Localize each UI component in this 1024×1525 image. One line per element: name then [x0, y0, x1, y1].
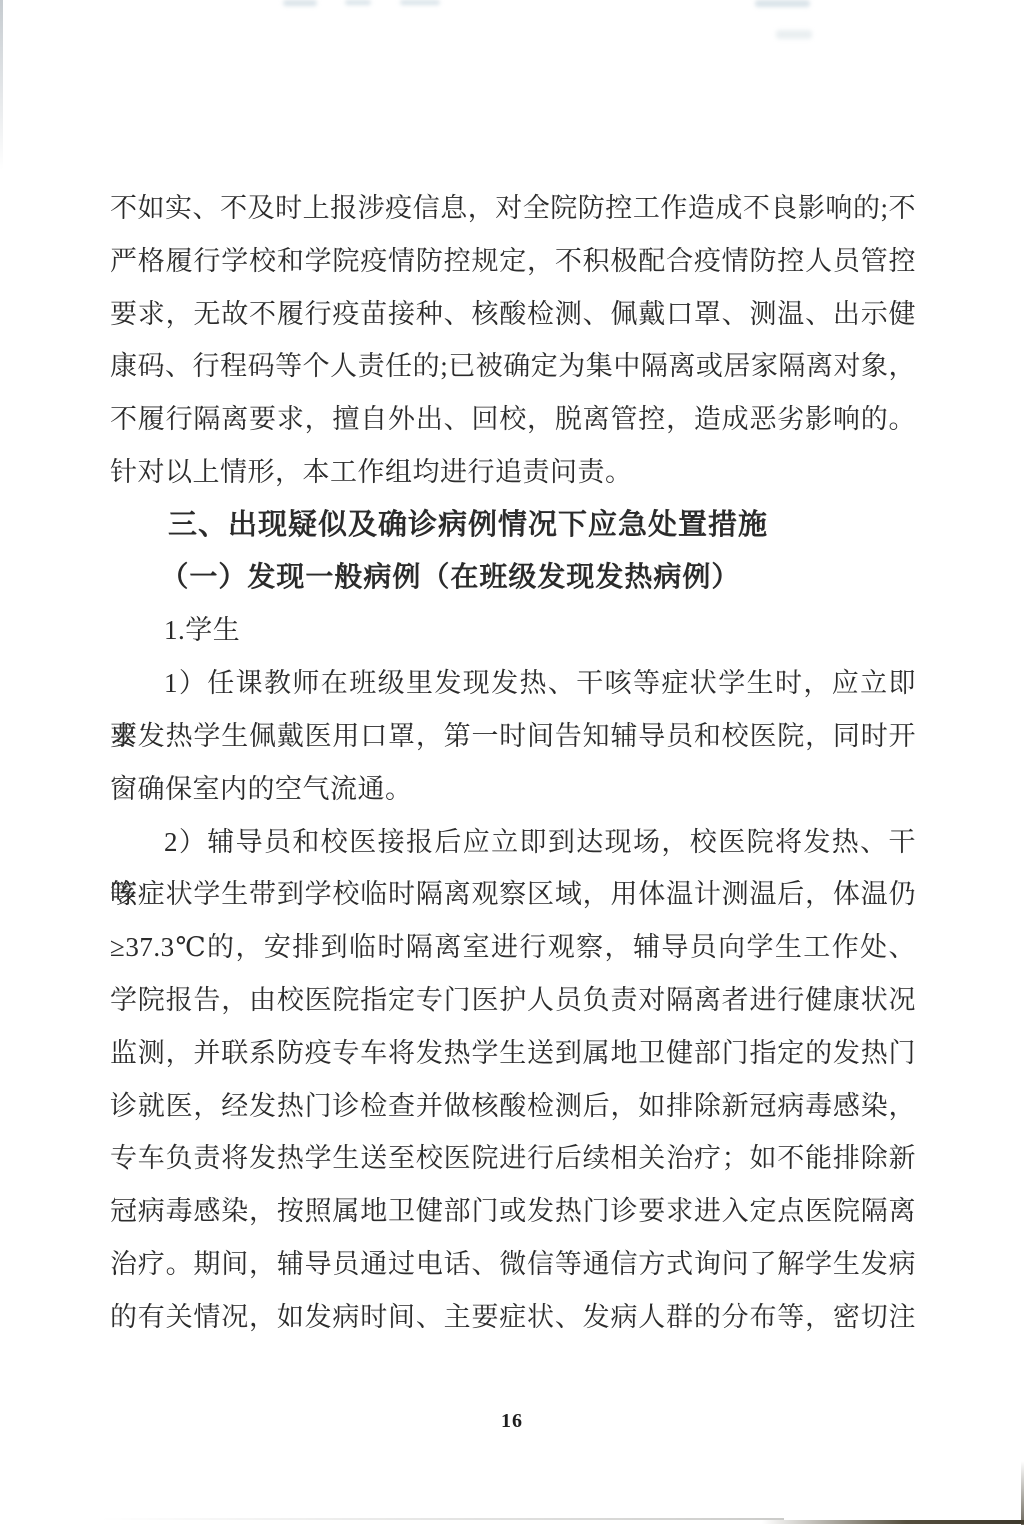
- body-text-line: 求发热学生佩戴医用口罩，第一时间告知辅导员和校医院，同时开: [110, 710, 916, 763]
- document-page: 不如实、不及时上报涉疫信息，对全院防控工作造成不良影响的;不 严格履行学校和学院…: [0, 0, 1024, 1525]
- scan-artifact-top-5: [776, 30, 812, 39]
- section-heading: 三、出现疑似及确诊病例情况下应急处置措施: [110, 499, 916, 552]
- body-text-line: 针对以上情形，本工作组均进行追责问责。: [110, 446, 916, 499]
- list-item-heading: 1.学生: [110, 604, 916, 657]
- scan-edge-bottom-faint: [100, 1518, 784, 1520]
- body-text-line: 治疗。期间，辅导员通过电话、微信等通信方式询问了解学生发病: [110, 1238, 916, 1291]
- page-number: 16: [0, 1410, 1024, 1433]
- scan-artifact-top-2: [345, 0, 371, 5]
- body-text-line: 冠病毒感染，按照属地卫健部门或发热门诊要求进入定点医院隔离: [110, 1185, 916, 1238]
- body-text-line: 不履行隔离要求，擅自外出、回校，脱离管控，造成恶劣影响的。: [110, 393, 916, 446]
- body-text-line: ≥37.3℃的，安排到临时隔离室进行观察，辅导员向学生工作处、: [110, 921, 916, 974]
- body-text-line: 要求，无故不履行疫苗接种、核酸检测、佩戴口罩、测温、出示健: [110, 288, 916, 341]
- subsection-heading: （一）发现一般病例（在班级发现发热病例）: [110, 552, 916, 605]
- body-text-line: 监测，并联系防疫专车将发热学生送到属地卫健部门指定的发热门: [110, 1027, 916, 1080]
- scan-artifact-top-3: [400, 0, 440, 5]
- body-text-line: 等症状学生带到学校临时隔离观察区域，用体温计测温后，体温仍: [110, 868, 916, 921]
- body-text-line: 严格履行学校和学院疫情防控规定，不积极配合疫情防控人员管控: [110, 235, 916, 288]
- scan-artifact-top-1: [283, 0, 317, 6]
- scan-edge-left: [0, 0, 3, 170]
- body-text-line: 不如实、不及时上报涉疫信息，对全院防控工作造成不良影响的;不: [110, 182, 916, 235]
- body-text-line: 康码、行程码等个人责任的;已被确定为集中隔离或居家隔离对象，: [110, 340, 916, 393]
- body-text-line: 1）任课教师在班级里发现发热、干咳等症状学生时，应立即要: [110, 657, 916, 710]
- body-text-line: 2）辅导员和校医接报后应立即到达现场，校医院将发热、干咳: [110, 816, 916, 869]
- scan-artifact-top-4: [755, 0, 810, 7]
- body-text: 不如实、不及时上报涉疫信息，对全院防控工作造成不良影响的;不 严格履行学校和学院…: [110, 182, 916, 1344]
- body-text-line: 窗确保室内的空气流通。: [110, 763, 916, 816]
- scan-edge-bottom-dark: [762, 1520, 1024, 1524]
- body-text-line: 诊就医，经发热门诊检查并做核酸检测后，如排除新冠病毒感染，: [110, 1080, 916, 1133]
- body-text-line: 专车负责将发热学生送至校医院进行后续相关治疗；如不能排除新: [110, 1132, 916, 1185]
- body-text-line: 学院报告，由校医院指定专门医护人员负责对隔离者进行健康状况: [110, 974, 916, 1027]
- body-text-line: 的有关情况，如发病时间、主要症状、发病人群的分布等，密切注: [110, 1291, 916, 1344]
